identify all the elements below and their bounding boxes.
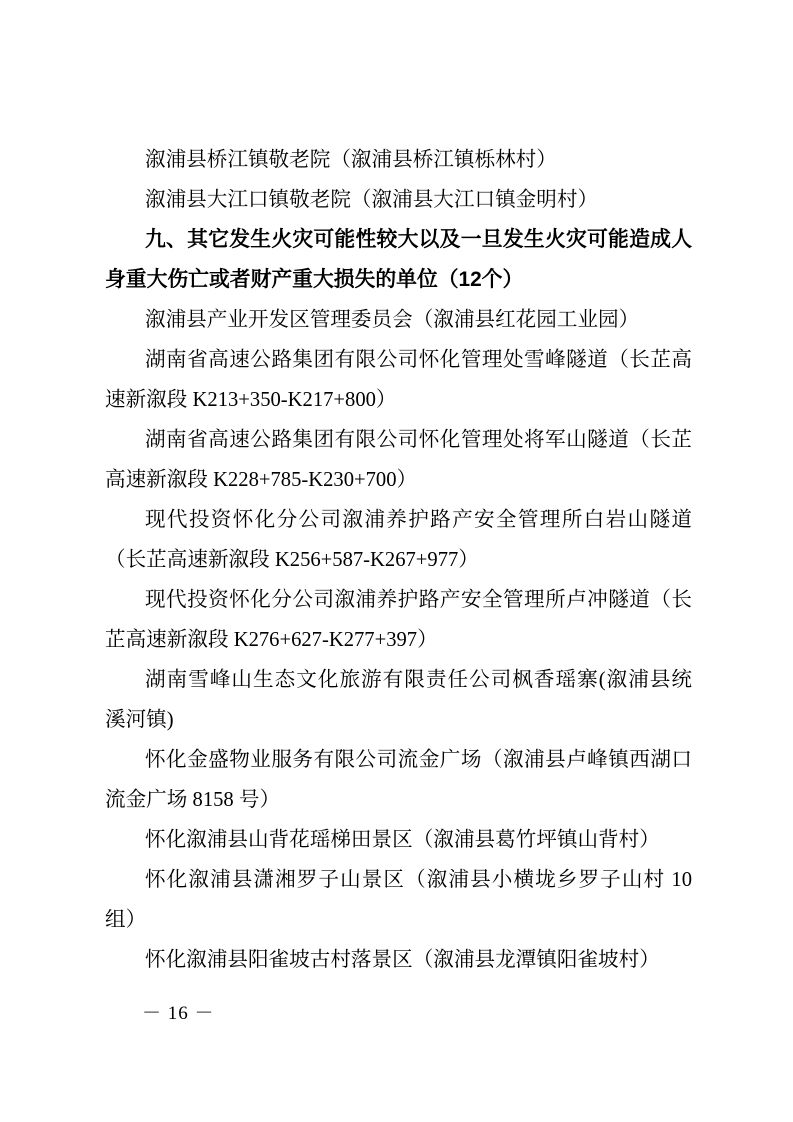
paragraph-line: 湖南雪峰山生态文化旅游有限责任公司枫香瑶寨(溆浦县统 xyxy=(105,660,692,700)
paragraph-line: 怀化溆浦县阳雀坡古村落景区（溆浦县龙潭镇阳雀坡村） xyxy=(105,940,692,980)
page-number: － 16 － xyxy=(142,1001,215,1027)
paragraph-line: 芷高速新溆段 K276+627-K277+397） xyxy=(105,620,692,660)
paragraph-line: 高速新溆段 K228+785-K230+700） xyxy=(105,460,692,500)
paragraph-line: 现代投资怀化分公司溆浦养护路产安全管理所卢冲隧道（长 xyxy=(105,580,692,620)
paragraph-line: 湖南省高速公路集团有限公司怀化管理处将军山隧道（长芷 xyxy=(105,420,692,460)
document-body: 溆浦县桥江镇敬老院（溆浦县桥江镇栎林村） 溆浦县大江口镇敬老院（溆浦县大江口镇金… xyxy=(105,140,692,980)
paragraph-line: 现代投资怀化分公司溆浦养护路产安全管理所白岩山隧道 xyxy=(105,500,692,540)
paragraph-line: 溆浦县产业开发区管理委员会（溆浦县红花园工业园） xyxy=(105,300,692,340)
section-9-heading-line-1: 九、其它发生火灾可能性较大以及一旦发生火灾可能造成人 xyxy=(105,220,692,260)
paragraph-line: 湖南省高速公路集团有限公司怀化管理处雪峰隧道（长芷高 xyxy=(105,340,692,380)
paragraph-line: 怀化溆浦县潇湘罗子山景区（溆浦县小横垅乡罗子山村 10 xyxy=(105,860,692,900)
paragraph-line: 组） xyxy=(105,900,692,940)
paragraph-line: 流金广场 8158 号） xyxy=(105,780,692,820)
paragraph-line: （长芷高速新溆段 K256+587-K267+977） xyxy=(105,540,692,580)
paragraph-line: 怀化溆浦县山背花瑶梯田景区（溆浦县葛竹坪镇山背村） xyxy=(105,820,692,860)
paragraph-line: 溆浦县大江口镇敬老院（溆浦县大江口镇金明村） xyxy=(105,180,692,220)
paragraph-line: 怀化金盛物业服务有限公司流金广场（溆浦县卢峰镇西湖口 xyxy=(105,740,692,780)
document-page: 溆浦县桥江镇敬老院（溆浦县桥江镇栎林村） 溆浦县大江口镇敬老院（溆浦县大江口镇金… xyxy=(0,0,793,1122)
paragraph-line: 速新溆段 K213+350-K217+800） xyxy=(105,380,692,420)
paragraph-line: 溪河镇) xyxy=(105,700,692,740)
paragraph-line: 溆浦县桥江镇敬老院（溆浦县桥江镇栎林村） xyxy=(105,140,692,180)
section-9-heading-line-2: 身重大伤亡或者财产重大损失的单位（12个） xyxy=(105,260,692,300)
